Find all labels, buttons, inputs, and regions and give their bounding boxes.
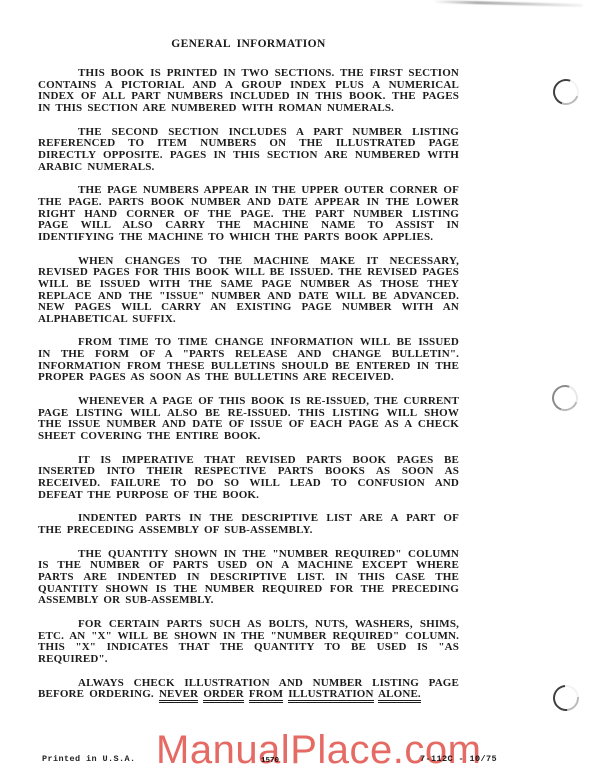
paragraph: THE SECOND SECTION INCLUDES A PART NUMBE…: [38, 127, 459, 174]
underlined-word: NEVER: [159, 688, 198, 703]
paragraph: THIS BOOK IS PRINTED IN TWO SECTIONS. TH…: [38, 68, 459, 115]
page-title: GENERAL INFORMATION: [38, 38, 459, 50]
manualplace-watermark: ManualPlace.com: [156, 728, 481, 773]
paragraph: FOR CERTAIN PARTS SUCH AS BOLTS, NUTS, W…: [38, 619, 459, 666]
body-text: THIS BOOK IS PRINTED IN TWO SECTIONS. TH…: [38, 68, 459, 701]
hole-punch-middle: [548, 381, 583, 416]
hole-punch-top: [549, 75, 584, 110]
paragraph: INDENTED PARTS IN THE DESCRIPTIVE LIST A…: [38, 513, 459, 536]
text-column: GENERAL INFORMATION THIS BOOK IS PRINTED…: [38, 38, 459, 713]
paragraph: THE PAGE NUMBERS APPEAR IN THE UPPER OUT…: [38, 185, 459, 243]
paragraph: WHENEVER A PAGE OF THIS BOOK IS RE-ISSUE…: [38, 396, 459, 443]
paragraph: WHEN CHANGES TO THE MACHINE MAKE IT NECE…: [38, 256, 459, 326]
paragraph: IT IS IMPERATIVE THAT REVISED PARTS BOOK…: [38, 455, 459, 502]
underlined-word: ORDER: [203, 688, 243, 703]
scan-smudge: [433, 0, 583, 7]
underlined-word: ALONE.: [378, 688, 421, 703]
paragraph: FROM TIME TO TIME CHANGE INFORMATION WIL…: [38, 337, 459, 384]
hole-punch-bottom: [548, 680, 585, 717]
printed-in-usa-label: Printed in U.S.A.: [42, 754, 136, 764]
underlined-word: ILLUSTRATION: [288, 688, 373, 703]
paragraph: THE QUANTITY SHOWN IN THE "NUMBER REQUIR…: [38, 549, 459, 607]
document-page: GENERAL INFORMATION THIS BOOK IS PRINTED…: [0, 0, 600, 776]
paragraph: ALWAYS CHECK ILLUSTRATION AND NUMBER LIS…: [38, 678, 459, 701]
underlined-word: FROM: [249, 688, 283, 703]
